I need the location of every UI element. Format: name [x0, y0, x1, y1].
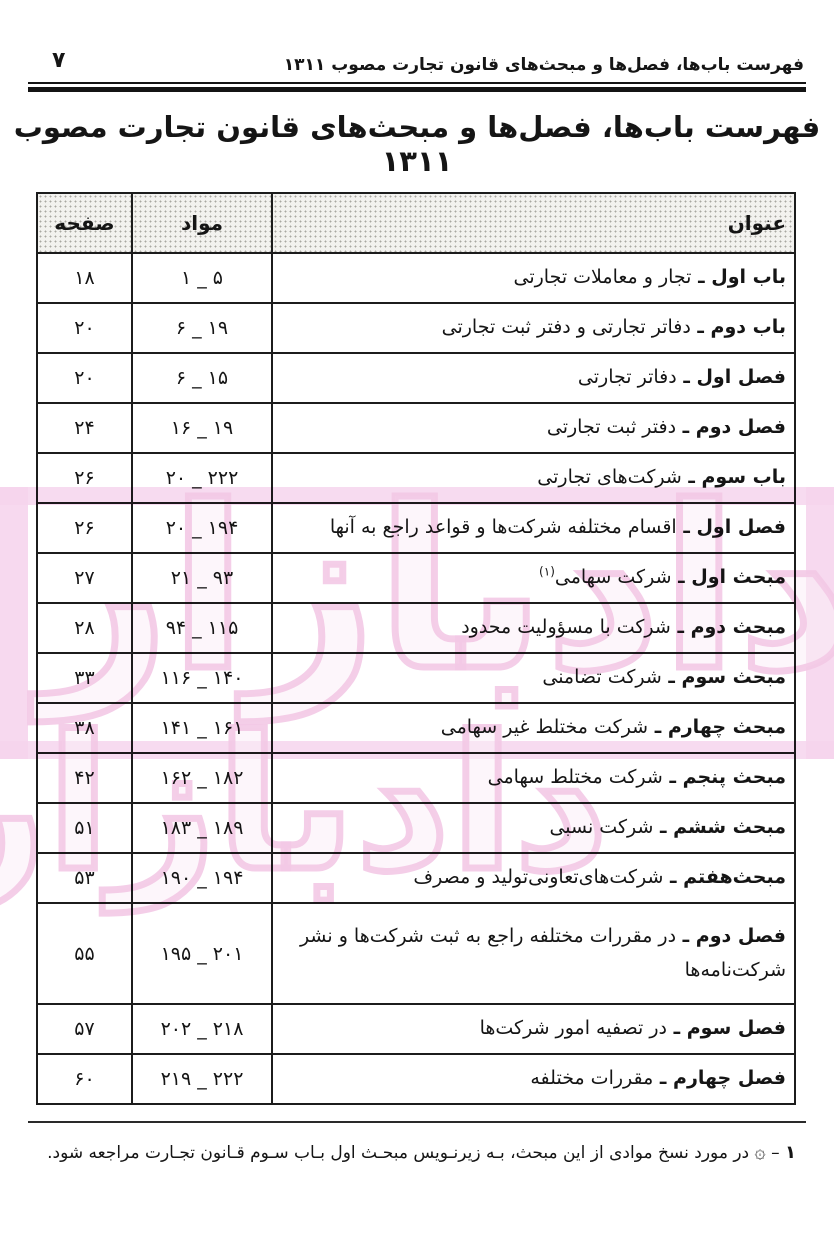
column-header-page: صفحه — [37, 193, 132, 253]
footnote-rule — [28, 1121, 806, 1123]
row-page-cell: ۱۸ — [37, 253, 132, 303]
toc-row: مبحث پنجم ـ شرکت مختلط سهامی ۱۶۲ _ ۱۸۲ ۴… — [37, 753, 795, 803]
toc-row: مبحث سوم ـ شرکت تضامنی ۱۱۶ _ ۱۴۰ ۳۳ — [37, 653, 795, 703]
toc-row: فصل اول ـ اقسام مختلفه شرکت‌ها و قواعد ر… — [37, 503, 795, 553]
running-head: فهرست باب‌ها، فصل‌ها و مبحث‌های قانون تج… — [0, 0, 834, 75]
toc-row: مبحث ششم ـ شرکت نسبی ۱۸۳ _ ۱۸۹ ۵۱ — [37, 803, 795, 853]
row-title-cell: باب اول ـ تجار و معاملات تجارتی — [272, 253, 795, 303]
row-title: شرکت تضامنی — [542, 666, 661, 688]
row-title: شرکت مختلط سهامی — [488, 766, 663, 788]
row-label: مبحث اول ـ — [672, 566, 786, 588]
row-articles-cell: ۱۸۳ _ ۱۸۹ — [132, 803, 272, 853]
row-title-cell: مبحث چهارم ـ شرکت مختلط غیر سهامی — [272, 703, 795, 753]
row-title-cell: فصل سوم ـ در تصفیه امور شرکت‌ها — [272, 1004, 795, 1054]
row-label: مبحث چهارم ـ — [648, 716, 786, 738]
row-title: مقررات مختلفه — [530, 1067, 653, 1089]
row-title-cell: باب سوم ـ شرکت‌های تجارتی — [272, 453, 795, 503]
footnote: ۱ – ۞ در مورد نسخ موادی از این مبحث، بـه… — [38, 1133, 796, 1173]
row-articles-cell: ۱۹۵ _ ۲۰۱ — [132, 903, 272, 1004]
row-articles-cell: ۲۰ _ ۲۲۲ — [132, 453, 272, 503]
toc-row: فصل سوم ـ در تصفیه امور شرکت‌ها ۲۰۲ _ ۲۱… — [37, 1004, 795, 1054]
toc-row: باب سوم ـ شرکت‌های تجارتی ۲۰ _ ۲۲۲ ۲۶ — [37, 453, 795, 503]
row-page-cell: ۳۳ — [37, 653, 132, 703]
row-articles-cell: ۲۰۲ _ ۲۱۸ — [132, 1004, 272, 1054]
column-header-articles: مواد — [132, 193, 272, 253]
row-title: دفاتر تجارتی — [578, 366, 677, 388]
row-page-cell: ۲۰ — [37, 353, 132, 403]
row-title-cell: مبحث‌هفتم ـ شرکت‌های‌تعاونی‌تولید و مصرف — [272, 853, 795, 903]
row-articles-cell: ۶ _ ۱۵ — [132, 353, 272, 403]
ornament-icon: ۞ — [755, 1141, 766, 1163]
row-title-cell: مبحث دوم ـ شرکت با مسؤولیت محدود — [272, 603, 795, 653]
row-title: شرکت نسبی — [549, 816, 653, 838]
row-page-cell: ۵۳ — [37, 853, 132, 903]
row-page-cell: ۵۱ — [37, 803, 132, 853]
row-title-cell: فصل چهارم ـ مقررات مختلفه — [272, 1054, 795, 1104]
row-page-cell: ۲۶ — [37, 453, 132, 503]
toc-body: باب اول ـ تجار و معاملات تجارتی ۱ _ ۵ ۱۸… — [37, 253, 795, 1104]
row-title-cell: فصل دوم ـ در مقررات مختلفه راجع به ثبت ش… — [272, 903, 795, 1004]
row-title: تجار و معاملات تجارتی — [513, 266, 691, 288]
row-page-cell: ۲۰ — [37, 303, 132, 353]
row-articles-cell: ۶ _ ۱۹ — [132, 303, 272, 353]
row-title-cell: فصل اول ـ اقسام مختلفه شرکت‌ها و قواعد ر… — [272, 503, 795, 553]
toc-row: باب دوم ـ دفاتر تجارتی و دفتر ثبت تجارتی… — [37, 303, 795, 353]
toc-row: فصل دوم ـ دفتر ثبت تجارتی ۱۶ _ ۱۹ ۲۴ — [37, 403, 795, 453]
toc-row: مبحث دوم ـ شرکت با مسؤولیت محدود ۹۴ _ ۱۱… — [37, 603, 795, 653]
row-articles-cell: ۱۶۲ _ ۱۸۲ — [132, 753, 272, 803]
toc-row: فصل اول ـ دفاتر تجارتی ۶ _ ۱۵ ۲۰ — [37, 353, 795, 403]
row-title: در تصفیه امور شرکت‌ها — [480, 1017, 667, 1039]
row-page-cell: ۵۷ — [37, 1004, 132, 1054]
row-title-cell: فصل اول ـ دفاتر تجارتی — [272, 353, 795, 403]
row-title: دفتر ثبت تجارتی — [547, 416, 676, 438]
footnote-text: در مورد نسخ موادی از این مبحث، بـه زیرنـ… — [47, 1143, 749, 1163]
row-page-cell: ۲۸ — [37, 603, 132, 653]
row-title-cell: مبحث ششم ـ شرکت نسبی — [272, 803, 795, 853]
header-rule — [28, 82, 806, 92]
running-head-text: فهرست باب‌ها، فصل‌ها و مبحث‌های قانون تج… — [284, 55, 804, 75]
row-label: فصل دوم ـ — [676, 925, 786, 947]
toc-row: مبحث‌هفتم ـ شرکت‌های‌تعاونی‌تولید و مصرف… — [37, 853, 795, 903]
row-title: شرکت با مسؤولیت محدود — [461, 616, 671, 638]
row-label: مبحث سوم ـ — [662, 666, 786, 688]
row-title: شرکت مختلط غیر سهامی — [441, 716, 648, 738]
toc-row: فصل دوم ـ در مقررات مختلفه راجع به ثبت ش… — [37, 903, 795, 1004]
row-label: فصل چهارم ـ — [653, 1067, 786, 1089]
toc-row: فصل چهارم ـ مقررات مختلفه ۲۱۹ _ ۲۲۲ ۶۰ — [37, 1054, 795, 1104]
row-title-cell: مبحث اول ـ شرکت سهامی(۱) — [272, 553, 795, 603]
row-articles-cell: ۱۶ _ ۱۹ — [132, 403, 272, 453]
row-label: باب دوم ـ — [691, 316, 786, 338]
book-page: فهرست باب‌ها، فصل‌ها و مبحث‌های قانون تج… — [0, 0, 834, 1249]
row-title-cell: باب دوم ـ دفاتر تجارتی و دفتر ثبت تجارتی — [272, 303, 795, 353]
row-label: مبحث ششم ـ — [653, 816, 786, 838]
row-label: فصل سوم ـ — [667, 1017, 786, 1039]
toc-table: عنوان مواد صفحه باب اول ـ تجار و معاملات… — [36, 192, 796, 1105]
toc-row: مبحث اول ـ شرکت سهامی(۱) ۲۱ _ ۹۳ ۲۷ — [37, 553, 795, 603]
row-title-cell: مبحث پنجم ـ شرکت مختلط سهامی — [272, 753, 795, 803]
page-number: ۷ — [52, 48, 65, 75]
row-page-cell: ۲۷ — [37, 553, 132, 603]
row-title: شرکت‌های‌تعاونی‌تولید و مصرف — [413, 866, 663, 888]
row-articles-cell: ۱۴۱ _ ۱۶۱ — [132, 703, 272, 753]
row-label: مبحث‌هفتم ـ — [663, 866, 786, 888]
row-title: شرکت‌های تجارتی — [537, 466, 681, 488]
toc-header-row: عنوان مواد صفحه — [37, 193, 795, 253]
footnote-dash: – — [766, 1143, 780, 1163]
row-label: مبحث دوم ـ — [671, 616, 786, 638]
row-label: فصل اول ـ — [677, 366, 786, 388]
row-articles-cell: ۱۱۶ _ ۱۴۰ — [132, 653, 272, 703]
row-title: شرکت سهامی — [555, 566, 672, 588]
page-title: فهرست باب‌ها، فصل‌ها و مبحث‌های قانون تج… — [10, 110, 824, 178]
row-title-cell: فصل دوم ـ دفتر ثبت تجارتی — [272, 403, 795, 453]
toc-row: باب اول ـ تجار و معاملات تجارتی ۱ _ ۵ ۱۸ — [37, 253, 795, 303]
footnote-ref: (۱) — [539, 565, 555, 579]
toc-row: مبحث چهارم ـ شرکت مختلط غیر سهامی ۱۴۱ _ … — [37, 703, 795, 753]
row-articles-cell: ۹۴ _ ۱۱۵ — [132, 603, 272, 653]
row-label: فصل دوم ـ — [676, 416, 786, 438]
row-articles-cell: ۱ _ ۵ — [132, 253, 272, 303]
row-label: فصل اول ـ — [677, 516, 786, 538]
row-page-cell: ۶۰ — [37, 1054, 132, 1104]
row-title: اقسام مختلفه شرکت‌ها و قواعد راجع به آنه… — [330, 516, 677, 538]
row-page-cell: ۵۵ — [37, 903, 132, 1004]
row-page-cell: ۲۴ — [37, 403, 132, 453]
row-page-cell: ۴۲ — [37, 753, 132, 803]
footnote-marker: ۱ — [785, 1142, 796, 1163]
row-title: دفاتر تجارتی و دفتر ثبت تجارتی — [442, 316, 691, 338]
row-page-cell: ۲۶ — [37, 503, 132, 553]
row-label: باب اول ـ — [691, 266, 786, 288]
row-articles-cell: ۲۱ _ ۹۳ — [132, 553, 272, 603]
row-articles-cell: ۱۹۰ _ ۱۹۴ — [132, 853, 272, 903]
column-header-title: عنوان — [272, 193, 795, 253]
row-articles-cell: ۲۰ _ ۱۹۴ — [132, 503, 272, 553]
row-label: باب سوم ـ — [682, 466, 786, 488]
row-page-cell: ۳۸ — [37, 703, 132, 753]
row-label: مبحث پنجم ـ — [663, 766, 786, 788]
row-title-cell: مبحث سوم ـ شرکت تضامنی — [272, 653, 795, 703]
row-articles-cell: ۲۱۹ _ ۲۲۲ — [132, 1054, 272, 1104]
